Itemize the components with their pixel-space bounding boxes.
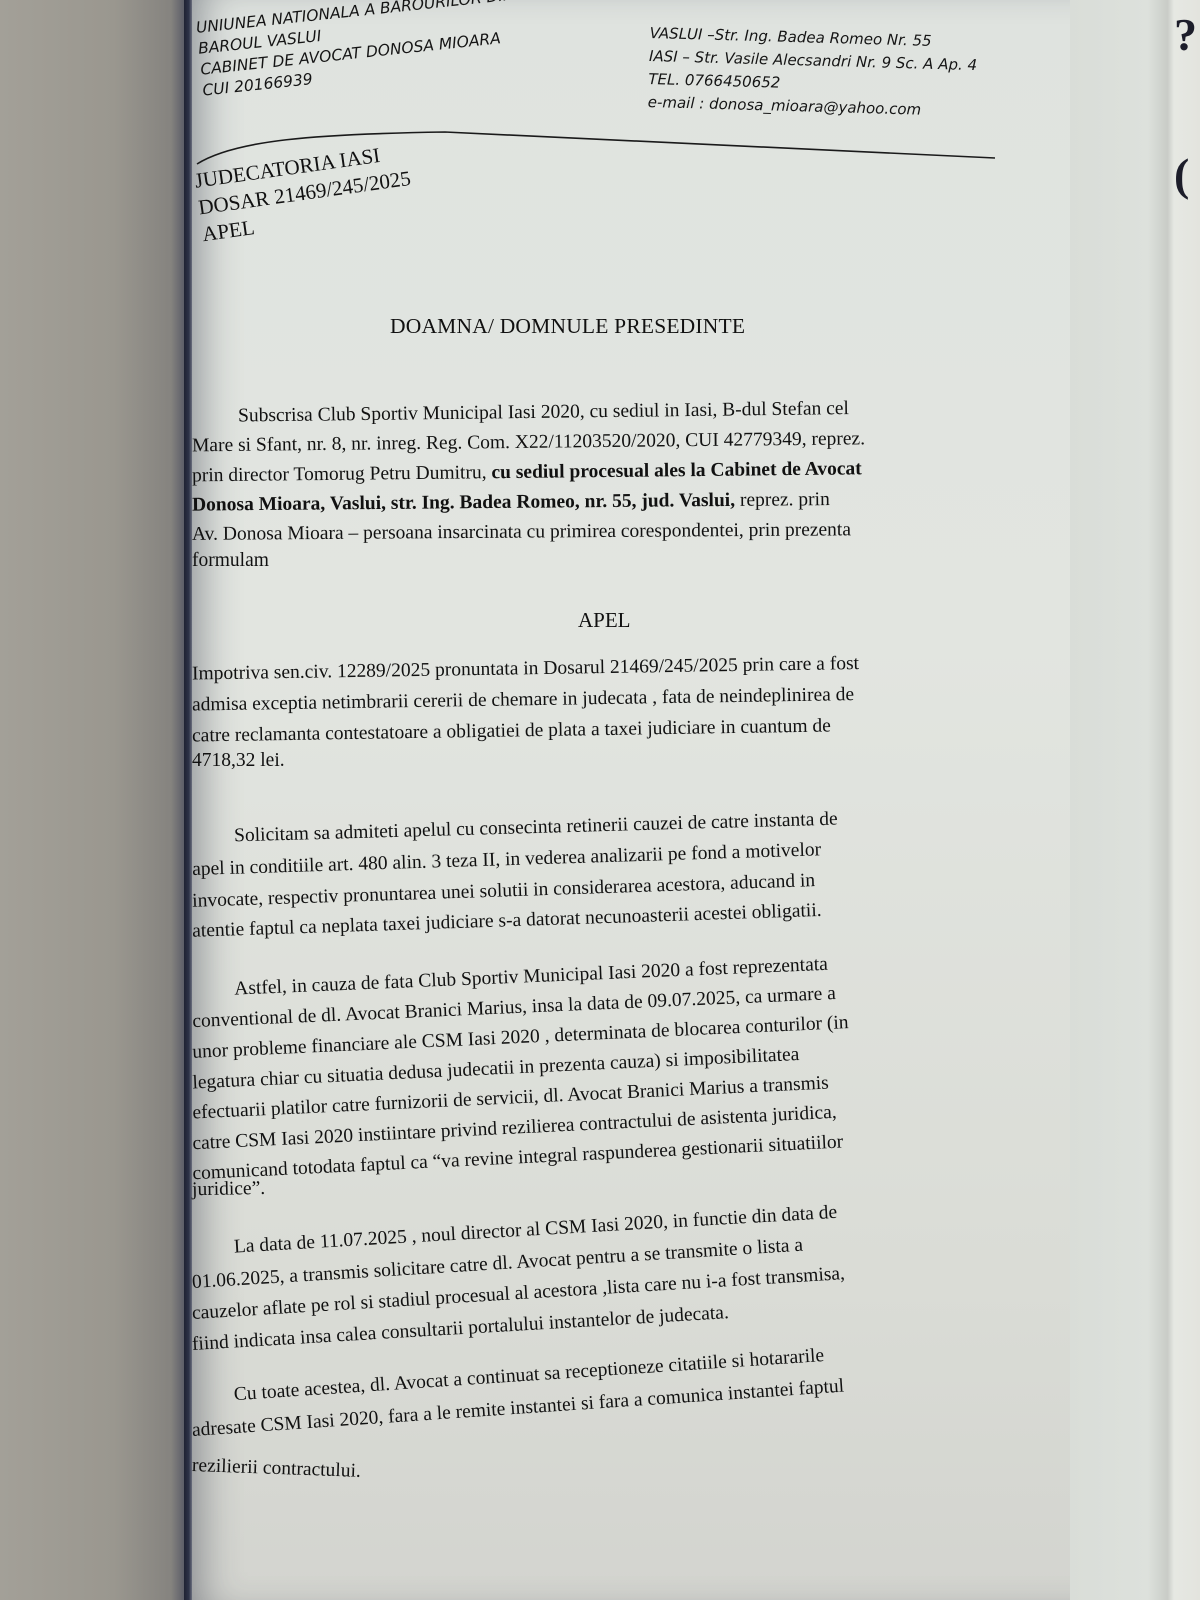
apel-title: APEL xyxy=(578,608,631,633)
paragraph-astfel: Astfel, in cauza de fata Club Sportiv Mu… xyxy=(192,960,1022,1176)
paragraph-impotriva: Impotriva sen.civ. 12289/2025 pronuntata… xyxy=(192,654,1022,762)
adjacent-page-glyphs: ? ( xyxy=(1170,0,1200,400)
binder-edge xyxy=(184,0,192,1600)
salutation: DOAMNA/ DOMNULE PRESEDINTE xyxy=(390,314,745,339)
intro-line-5: Av. Donosa Mioara – persoana insarcinata… xyxy=(192,515,1022,548)
paragraph-cu-toate: Cu toate acestea, dl. Avocat a continuat… xyxy=(192,1384,1022,1465)
intro-line-3: prin director Tomorug Petru Dumitru, cu … xyxy=(192,454,1022,490)
intro-line-4-text: reprez. prin xyxy=(735,489,830,511)
adjacent-page: ? ( xyxy=(1070,0,1200,1600)
desk-surface-left xyxy=(0,0,190,1600)
paragraph-solicitam: Solicitam sa admiteti apelul cu consecin… xyxy=(192,812,1022,920)
intro-paragraph: Subscrisa Club Sportiv Municipal Iasi 20… xyxy=(192,398,1022,560)
impotriva-line-4: 4718,32 lei. xyxy=(192,747,1022,774)
intro-line-4-bold: Donosa Mioara, Vaslui, str. Ing. Badea R… xyxy=(192,490,735,516)
intro-line-4: Donosa Mioara, Vaslui, str. Ing. Badea R… xyxy=(192,484,1022,518)
intro-line-3-text: prin director Tomorug Petru Dumitru, xyxy=(192,462,492,486)
intro-line-3-bold: cu sediul procesual ales la Cabinet de A… xyxy=(491,458,862,483)
ghost-marks xyxy=(8,430,14,458)
letterhead-right: VASLUI –Str. Ing. Badea Romeo Nr. 55 IAS… xyxy=(647,22,978,123)
intro-line-6: formulam xyxy=(192,547,1022,574)
paragraph-la-data: La data de 11.07.2025 , noul director al… xyxy=(192,1236,1022,1344)
